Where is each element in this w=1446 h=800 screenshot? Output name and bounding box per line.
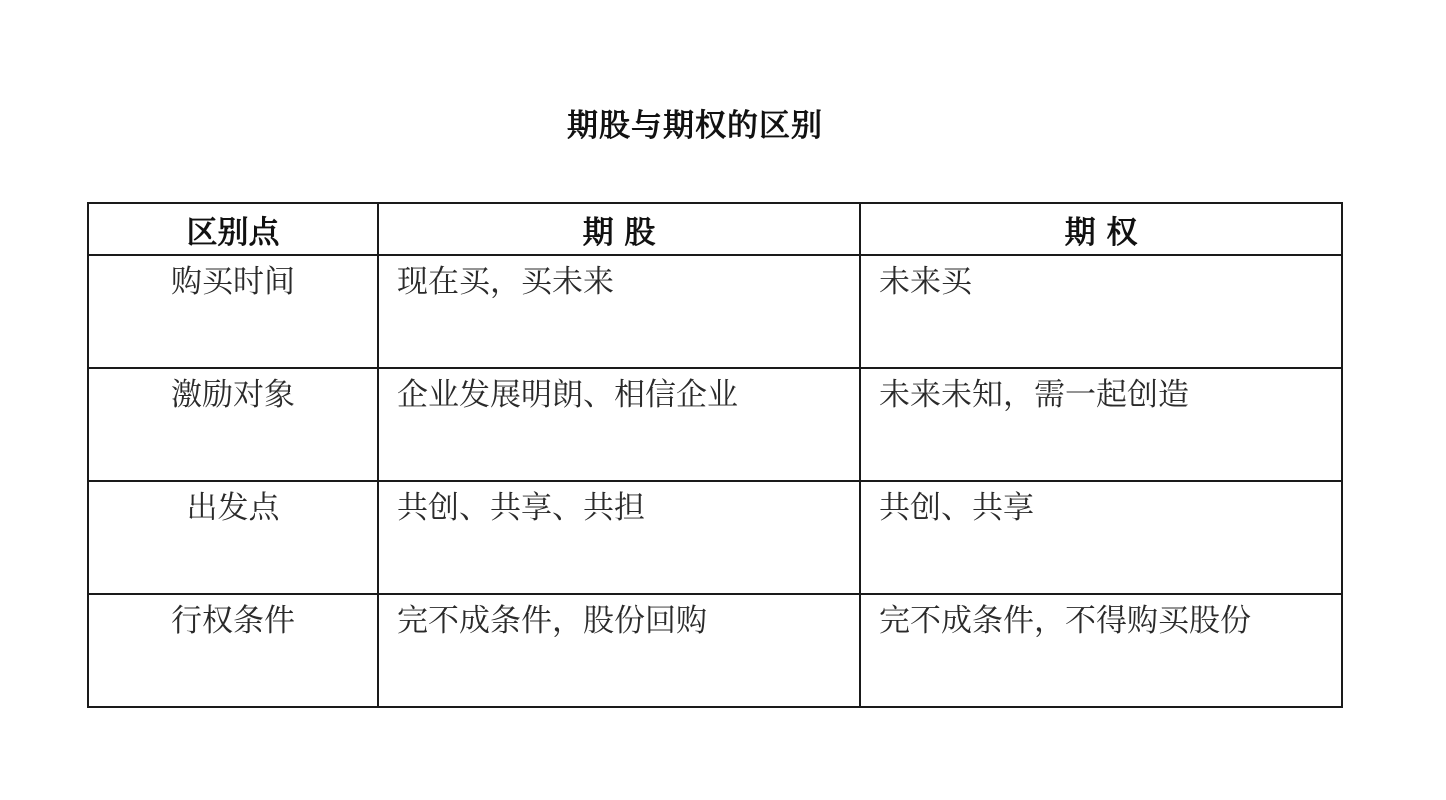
header-difference-point: 区别点 xyxy=(88,203,378,255)
row-point: 行权条件 xyxy=(88,594,378,707)
header-label: 区别点 xyxy=(187,215,280,251)
header-label: 期 权 xyxy=(1065,215,1138,251)
row-stock-value: 共创、共享、共担 xyxy=(378,481,860,594)
table-row: 激励对象 企业发展明朗、相信企业 未来未知，需一起创造 xyxy=(88,368,1342,481)
row-option-value: 未来买 xyxy=(860,255,1342,368)
table-row: 购买时间 现在买，买未来 未来买 xyxy=(88,255,1342,368)
table-row: 行权条件 完不成条件，股份回购 完不成条件，不得购买股份 xyxy=(88,594,1342,707)
document-title: 期股与期权的区别 xyxy=(0,100,1390,145)
header-label: 期 股 xyxy=(583,215,656,251)
row-stock-value: 完不成条件，股份回购 xyxy=(378,594,860,707)
row-option-value: 未来未知，需一起创造 xyxy=(860,368,1342,481)
row-point: 出发点 xyxy=(88,481,378,594)
comparison-table: 区别点 期 股 期 权 购买时间 现在买，买未来 未来买 激励对象 企业发展明朗… xyxy=(87,202,1343,708)
row-point: 激励对象 xyxy=(88,368,378,481)
header-option: 期 权 xyxy=(860,203,1342,255)
row-point: 购买时间 xyxy=(88,255,378,368)
row-stock-value: 现在买，买未来 xyxy=(378,255,860,368)
table-header-row: 区别点 期 股 期 权 xyxy=(88,203,1342,255)
row-option-value: 完不成条件，不得购买股份 xyxy=(860,594,1342,707)
row-option-value: 共创、共享 xyxy=(860,481,1342,594)
table-row: 出发点 共创、共享、共担 共创、共享 xyxy=(88,481,1342,594)
header-stock-option: 期 股 xyxy=(378,203,860,255)
row-stock-value: 企业发展明朗、相信企业 xyxy=(378,368,860,481)
